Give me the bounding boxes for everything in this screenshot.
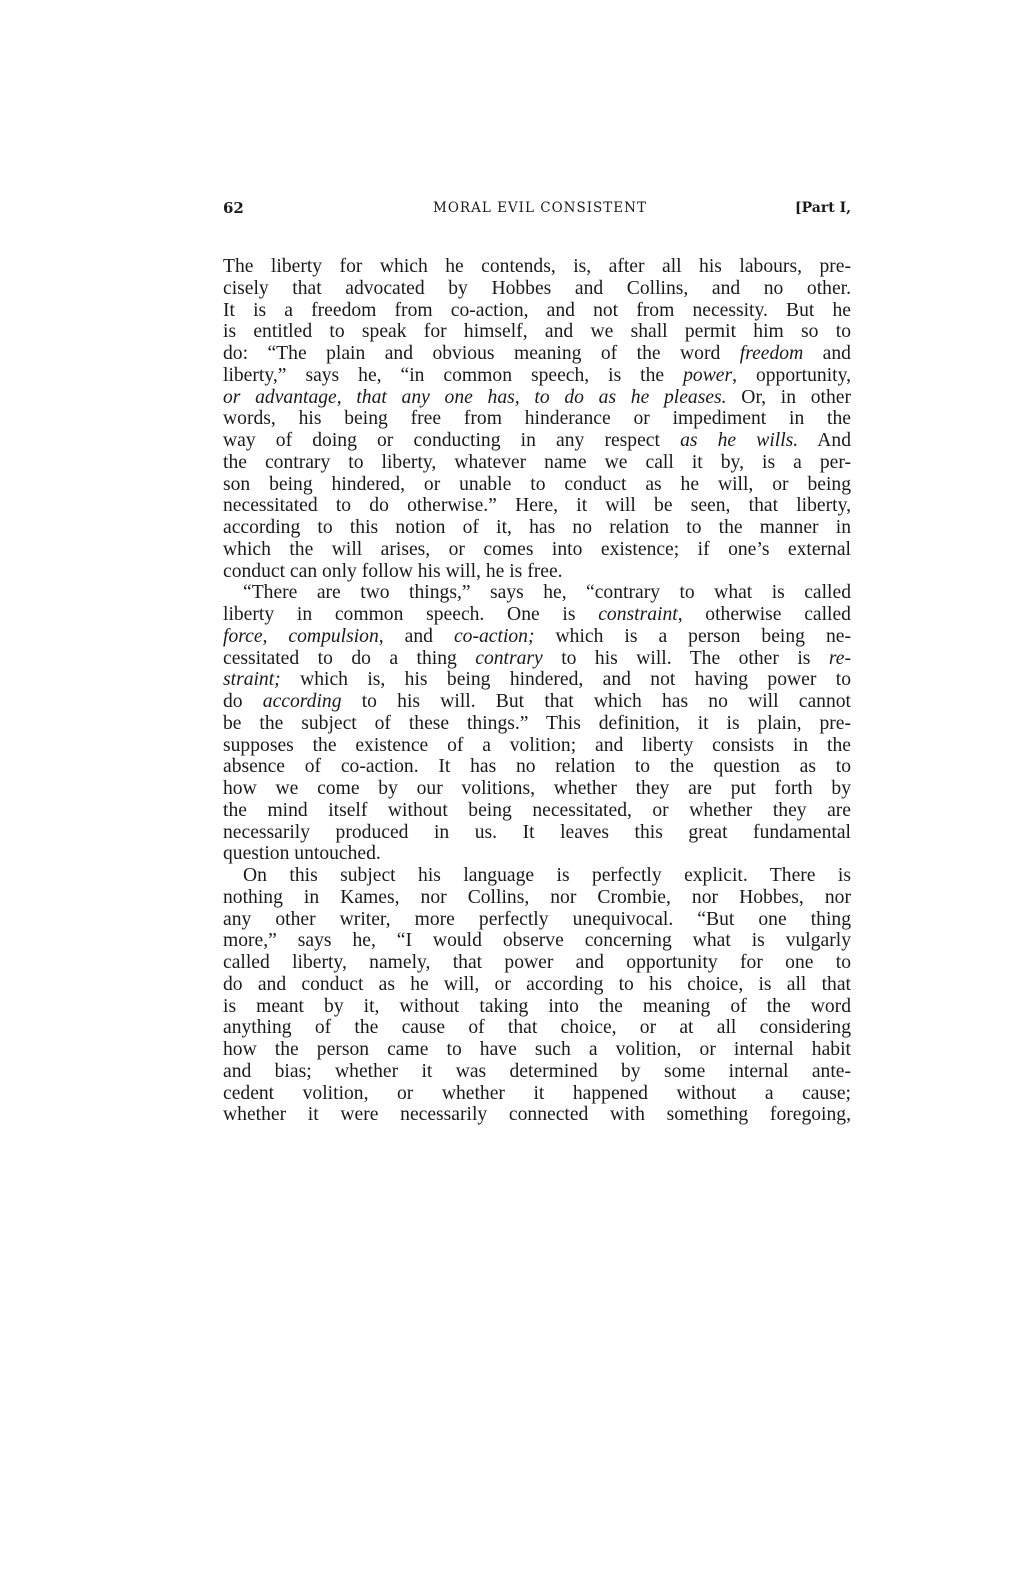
- text-line: question untouched.: [223, 843, 851, 865]
- text-run: more,” says he, “I would observe concern…: [223, 930, 851, 951]
- text-line: do: “The plain and obvious meaning of th…: [223, 343, 851, 365]
- text-run: words, his being free from hinderance or…: [223, 408, 851, 429]
- text-line: cedent volition, or whether it happened …: [223, 1083, 851, 1105]
- italic-text: or advantage, that any one has, to do as…: [223, 387, 727, 408]
- text-run: way of doing or conducting in any respec…: [223, 430, 680, 451]
- text-run: son being hindered, or unable to conduct…: [223, 474, 851, 495]
- text-line: conduct can only follow his will, he is …: [223, 561, 851, 583]
- text-line: anything of the cause of that choice, or…: [223, 1017, 851, 1039]
- text-run: supposes the existence of a volition; an…: [223, 735, 851, 756]
- text-run: And: [798, 430, 851, 451]
- italic-text: co-action;: [454, 626, 535, 647]
- text-line: absence of co-action. It has no relation…: [223, 756, 851, 778]
- text-run: cessitated to do a thing: [223, 648, 475, 669]
- text-run: how the person came to have such a volit…: [223, 1039, 851, 1060]
- text-line: straint; which is, his being hindered, a…: [223, 669, 851, 691]
- italic-text: re-: [829, 648, 851, 669]
- book-page: 62 MORAL EVIL CONSISTENT [Part I, The li…: [223, 196, 851, 1126]
- text-run: do and conduct as he will, or according …: [223, 974, 851, 995]
- text-line: is meant by it, without taking into the …: [223, 996, 851, 1018]
- text-line: how the person came to have such a volit…: [223, 1039, 851, 1061]
- italic-text: according: [263, 691, 342, 712]
- text-run: to his will. But that which has no will …: [342, 691, 851, 712]
- text-run: to his will. The other is: [543, 648, 829, 669]
- text-run: cisely that advocated by Hobbes and Coll…: [223, 278, 851, 299]
- text-run: The liberty for which he contends, is, a…: [223, 256, 851, 277]
- text-line: words, his being free from hinderance or…: [223, 408, 851, 430]
- italic-text: freedom: [740, 343, 803, 364]
- text-run: question untouched.: [223, 843, 381, 864]
- part-label: [Part I,: [795, 196, 851, 220]
- text-line: more,” says he, “I would observe concern…: [223, 930, 851, 952]
- italic-text: contrary: [475, 648, 542, 669]
- text-line: which the will arises, or comes into exi…: [223, 539, 851, 561]
- text-run: and: [803, 343, 851, 364]
- text-line: son being hindered, or unable to conduct…: [223, 474, 851, 496]
- text-line: cisely that advocated by Hobbes and Coll…: [223, 278, 851, 300]
- text-line: It is a freedom from co-action, and not …: [223, 300, 851, 322]
- text-line: liberty in common speech. One is constra…: [223, 604, 851, 626]
- text-run: cedent volition, or whether it happened …: [223, 1083, 851, 1104]
- text-run: the mind itself without being necessitat…: [223, 800, 851, 821]
- text-line: necessarily produced in us. It leaves th…: [223, 822, 851, 844]
- body-text: The liberty for which he contends, is, a…: [223, 256, 851, 1126]
- text-run: , and: [379, 626, 454, 647]
- text-run: any other writer, more perfectly unequiv…: [223, 909, 851, 930]
- text-run: do: “The plain and obvious meaning of th…: [223, 343, 740, 364]
- text-line: the contrary to liberty, whatever name w…: [223, 452, 851, 474]
- text-line: necessitated to do otherwise.” Here, it …: [223, 495, 851, 517]
- text-run: do: [223, 691, 263, 712]
- text-run: liberty,” says he, “in common speech, is…: [223, 365, 683, 386]
- text-run: the contrary to liberty, whatever name w…: [223, 452, 851, 473]
- text-run: according to this notion of it, has no r…: [223, 517, 851, 538]
- text-line: and bias; whether it was determined by s…: [223, 1061, 851, 1083]
- running-title: MORAL EVIL CONSISTENT: [223, 196, 851, 220]
- italic-text: as he wills.: [680, 430, 798, 451]
- italic-text: force, compulsion: [223, 626, 379, 647]
- italic-text: straint;: [223, 669, 281, 690]
- text-line: or advantage, that any one has, to do as…: [223, 387, 851, 409]
- text-run: , otherwise called: [678, 604, 851, 625]
- text-line: The liberty for which he contends, is, a…: [223, 256, 851, 278]
- text-line: nothing in Kames, nor Collins, nor Cromb…: [223, 887, 851, 909]
- text-run: It is a freedom from co-action, and not …: [223, 300, 851, 321]
- paragraph: The liberty for which he contends, is, a…: [223, 256, 851, 582]
- text-run: , opportunity,: [732, 365, 851, 386]
- text-line: do according to his will. But that which…: [223, 691, 851, 713]
- text-line: any other writer, more perfectly unequiv…: [223, 909, 851, 931]
- text-line: On this subject his language is perfectl…: [223, 865, 851, 887]
- text-line: how we come by our volitions, whether th…: [223, 778, 851, 800]
- text-run: how we come by our volitions, whether th…: [223, 778, 851, 799]
- text-run: On this subject his language is perfectl…: [243, 865, 851, 886]
- text-line: do and conduct as he will, or according …: [223, 974, 851, 996]
- text-run: “There are two things,” says he, “contra…: [243, 582, 851, 603]
- text-line: way of doing or conducting in any respec…: [223, 430, 851, 452]
- text-run: anything of the cause of that choice, or…: [223, 1017, 851, 1038]
- text-run: be the subject of these things.” This de…: [223, 713, 851, 734]
- text-run: nothing in Kames, nor Collins, nor Cromb…: [223, 887, 851, 908]
- text-run: and bias; whether it was determined by s…: [223, 1061, 851, 1082]
- italic-text: power: [683, 365, 732, 386]
- text-line: cessitated to do a thing contrary to his…: [223, 648, 851, 670]
- italic-text: constraint: [598, 604, 677, 625]
- text-run: which the will arises, or comes into exi…: [223, 539, 851, 560]
- paragraph: “There are two things,” says he, “contra…: [223, 582, 851, 865]
- text-run: whether it were necessarily connected wi…: [223, 1104, 851, 1125]
- text-run: is meant by it, without taking into the …: [223, 996, 851, 1017]
- text-line: is entitled to speak for himself, and we…: [223, 321, 851, 343]
- text-line: whether it were necessarily connected wi…: [223, 1104, 851, 1126]
- paragraph: On this subject his language is perfectl…: [223, 865, 851, 1126]
- text-run: is entitled to speak for himself, and we…: [223, 321, 851, 342]
- text-line: the mind itself without being necessitat…: [223, 800, 851, 822]
- text-line: according to this notion of it, has no r…: [223, 517, 851, 539]
- text-line: be the subject of these things.” This de…: [223, 713, 851, 735]
- text-run: liberty in common speech. One is: [223, 604, 598, 625]
- text-run: necessitated to do otherwise.” Here, it …: [223, 495, 851, 516]
- text-line: liberty,” says he, “in common speech, is…: [223, 365, 851, 387]
- text-run: which is a person being ne-: [535, 626, 851, 647]
- text-line: supposes the existence of a volition; an…: [223, 735, 851, 757]
- text-run: absence of co-action. It has no relation…: [223, 756, 851, 777]
- text-run: Or, in other: [727, 387, 851, 408]
- text-run: called liberty, namely, that power and o…: [223, 952, 851, 973]
- text-run: necessarily produced in us. It leaves th…: [223, 822, 851, 843]
- text-line: called liberty, namely, that power and o…: [223, 952, 851, 974]
- text-line: force, compulsion, and co-action; which …: [223, 626, 851, 648]
- text-line: “There are two things,” says he, “contra…: [223, 582, 851, 604]
- text-run: which is, his being hindered, and not ha…: [281, 669, 851, 690]
- running-head: 62 MORAL EVIL CONSISTENT [Part I,: [223, 196, 851, 220]
- text-run: conduct can only follow his will, he is …: [223, 561, 563, 582]
